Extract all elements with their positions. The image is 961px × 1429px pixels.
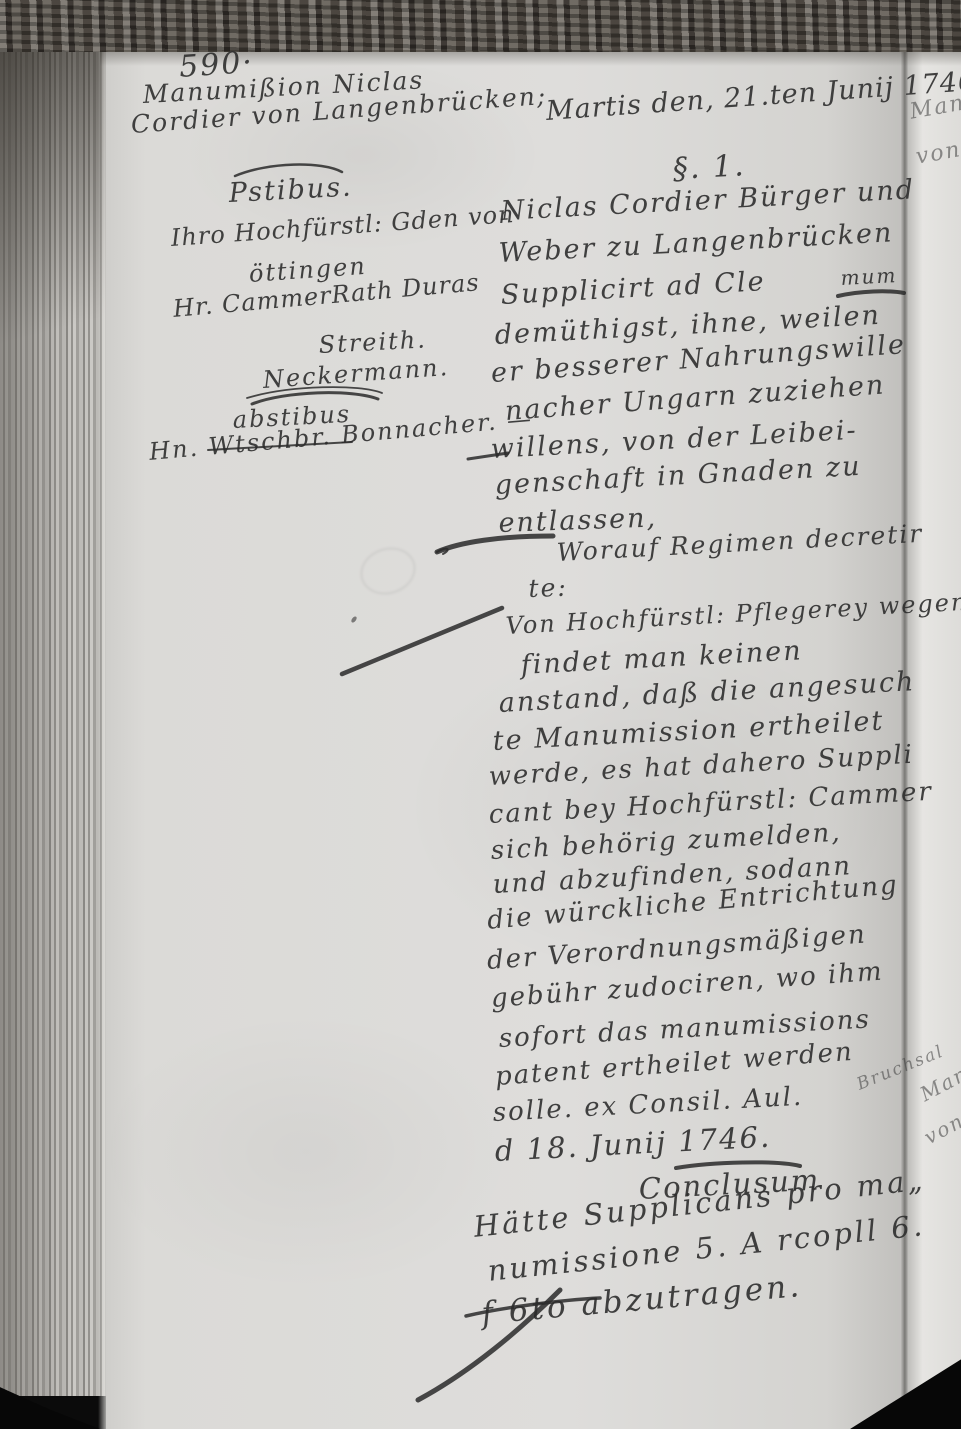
- book-top-edge: [0, 0, 961, 52]
- superscript-abbreviation: mum: [840, 263, 898, 290]
- present-heading: Pstibus.: [228, 172, 353, 209]
- body-line: te:: [528, 573, 568, 603]
- present-name: Streith.: [318, 325, 427, 359]
- archival-manuscript-photo: 590· Manumißion Niclas Cordier von Lange…: [0, 0, 961, 1429]
- section-mark: §. 1.: [672, 148, 746, 187]
